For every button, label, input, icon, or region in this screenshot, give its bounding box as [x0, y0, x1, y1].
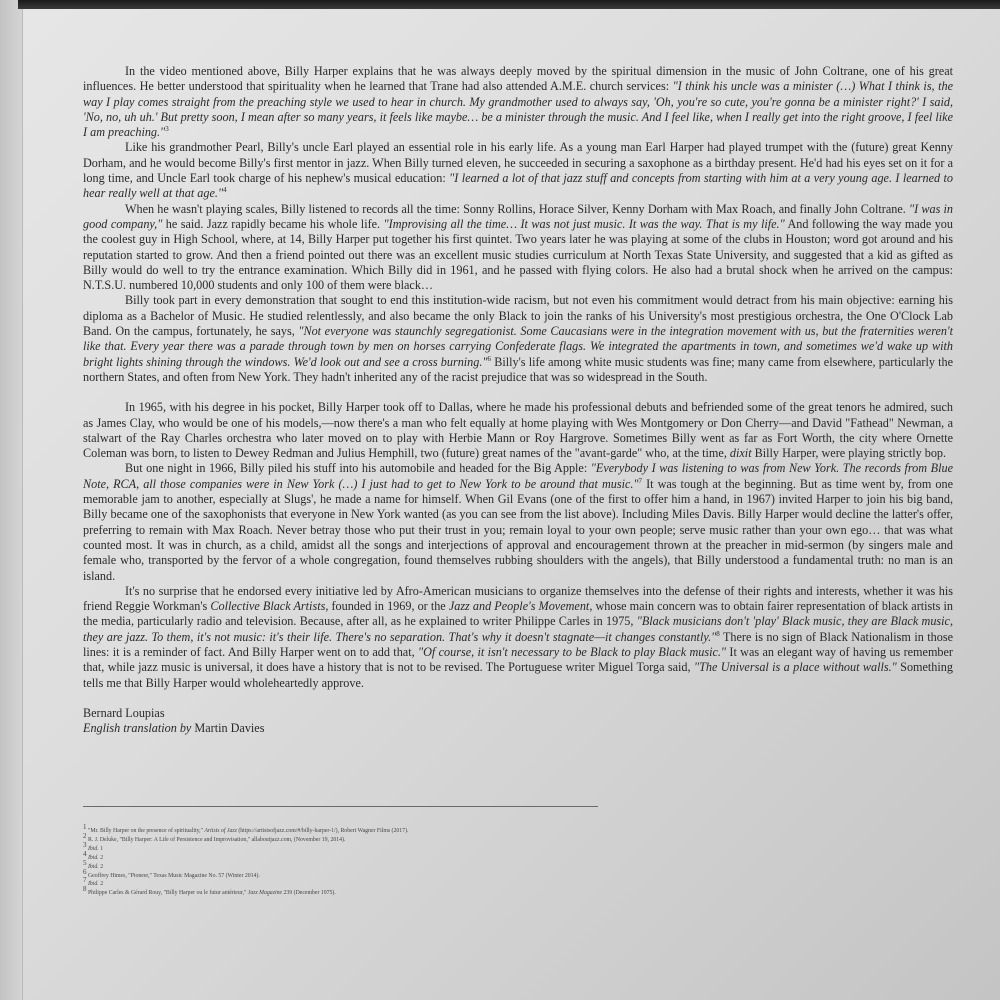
text-run: When he wasn't playing scales, Billy lis… [125, 202, 909, 216]
text-run: 2 [99, 864, 103, 870]
italic-text: dixit [730, 446, 752, 460]
footnote-number: 7 [83, 877, 87, 885]
footnote-divider [83, 806, 598, 807]
text-run: Geoffrey Himes, "Pioneer," Texas Music M… [88, 873, 260, 879]
paragraph: In 1965, with his degree in his pocket, … [83, 400, 953, 461]
paragraph: When he wasn't playing scales, Billy lis… [83, 202, 953, 294]
page-top-edge [18, 0, 1000, 9]
text-run: Billy Harper, were playing strictly bop. [752, 446, 946, 460]
footnote: 2 R. J. Deluke, "Billy Harper: A Life of… [83, 836, 783, 845]
author-name: Bernard Loupias [83, 706, 953, 721]
text-run: 2 [99, 881, 103, 887]
footnote-number: 8 [83, 885, 87, 893]
translator-name: Martin Davies [194, 721, 264, 735]
italic-text: Ibid. [88, 855, 99, 861]
paragraph: Billy took part in every demonstration t… [83, 293, 953, 385]
italic-text: Artists of Jazz [204, 828, 237, 834]
italic-text: Ibid. [88, 846, 99, 852]
document-page: In the video mentioned above, Billy Harp… [22, 9, 1000, 1000]
italic-text: Ibid. [88, 864, 99, 870]
signature-block: Bernard Loupias English translation by M… [83, 706, 953, 737]
paragraph-list: In the video mentioned above, Billy Harp… [83, 64, 953, 691]
text-run: "Mr. Billy Harper on the presence of spi… [88, 828, 204, 834]
italic-text: "Of course, it isn't necessary to be Bla… [418, 645, 726, 659]
text-run: , founded in 1969, or the [325, 599, 448, 613]
paragraph: Like his grandmother Pearl, Billy's uncl… [83, 140, 953, 201]
page-left-edge [0, 0, 22, 1000]
text-run: R. J. Deluke, "Billy Harper: A Life of P… [88, 837, 345, 843]
italic-text: Jazz and People's Movement [449, 599, 590, 613]
text-run: It was tough at the beginning. But as ti… [83, 477, 953, 583]
footnote-ref: 3 [165, 125, 169, 133]
footnote: 1 "Mr. Billy Harper on the presence of s… [83, 827, 783, 836]
text-run: 1 [99, 846, 103, 852]
text-run: Philippe Carles & Gérard Rouy, "Billy Ha… [88, 890, 248, 896]
italic-text: "Improvising all the time… It was not ju… [384, 217, 785, 231]
footnote: 3 Ibid. 1 [83, 845, 783, 854]
translation-credit: English translation by Martin Davies [83, 721, 953, 736]
footnote: 5 Ibid. 2 [83, 863, 783, 872]
italic-text: Jazz Magazine [248, 890, 282, 896]
footnote-number: 3 [83, 841, 87, 849]
text-run: But one night in 1966, Billy piled his s… [125, 461, 591, 475]
footnote-number: 1 [83, 823, 87, 831]
footnote-number: 6 [83, 868, 87, 876]
italic-text: "The Universal is a place without walls.… [694, 660, 897, 674]
text-run: 2 [99, 855, 103, 861]
paragraph: In the video mentioned above, Billy Harp… [83, 64, 953, 140]
footnote-ref: 4 [223, 186, 227, 194]
paragraph: But one night in 1966, Billy piled his s… [83, 461, 953, 583]
footnotes: 1 "Mr. Billy Harper on the presence of s… [83, 827, 783, 898]
text-run: (https://artistsofjazz.com/#/billy-harpe… [237, 828, 409, 834]
footnote-number: 5 [83, 859, 87, 867]
text-run: 239 (December 1975). [282, 890, 336, 896]
translation-label: English translation by [83, 721, 191, 735]
footnote: 8 Philippe Carles & Gérard Rouy, "Billy … [83, 889, 783, 898]
footnote: 6 Geoffrey Himes, "Pioneer," Texas Music… [83, 872, 783, 881]
footnote-number: 2 [83, 832, 87, 840]
text-run: he said. Jazz rapidly became his whole l… [162, 217, 383, 231]
essay-body: In the video mentioned above, Billy Harp… [83, 64, 953, 736]
italic-text: Collective Black Artists [210, 599, 325, 613]
paragraph: It's no surprise that he endorsed every … [83, 584, 953, 691]
footnote: 7 Ibid. 2 [83, 880, 783, 889]
footnote: 4 Ibid. 2 [83, 854, 783, 863]
footnote-number: 4 [83, 850, 87, 858]
italic-text: Ibid. [88, 881, 99, 887]
